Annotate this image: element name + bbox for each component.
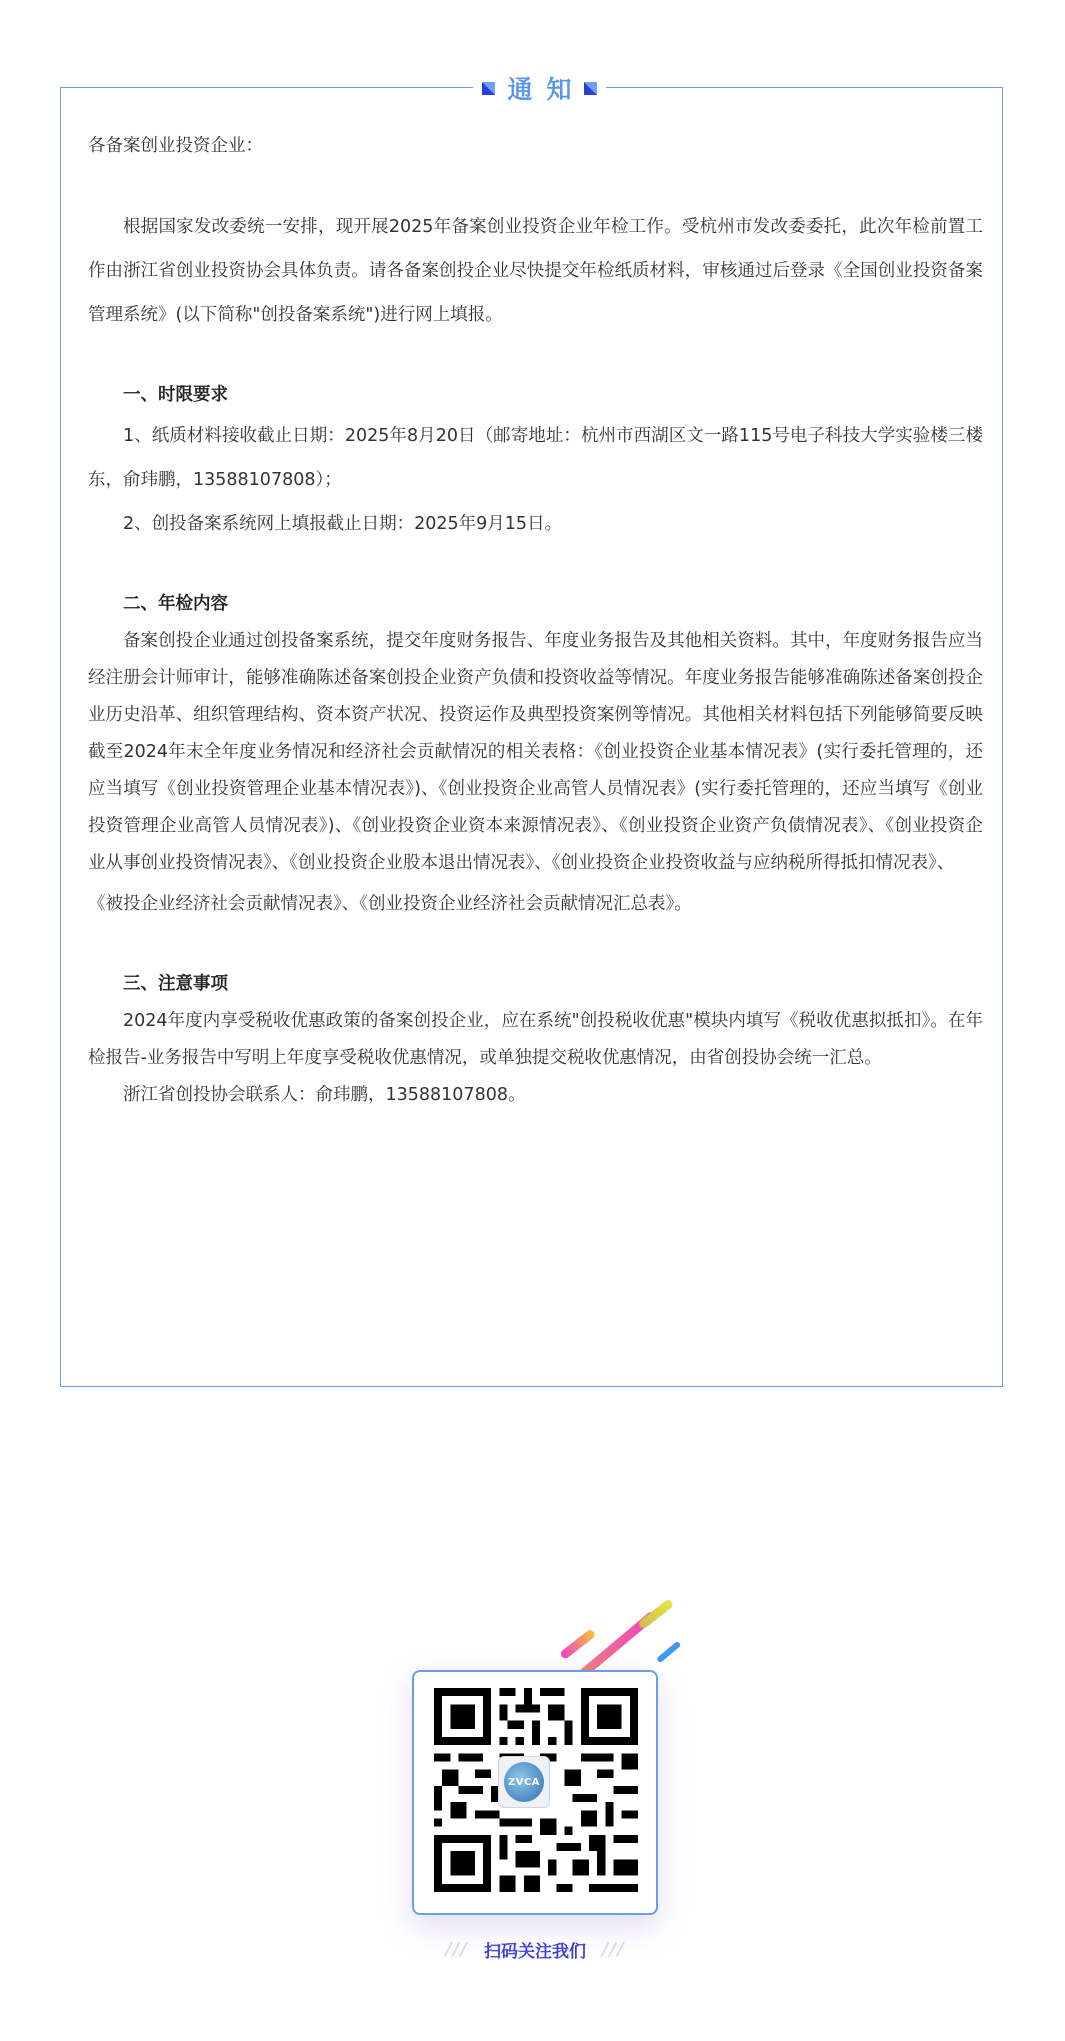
notes-paragraph: 2024年度内享受税收优惠政策的备案创投企业，应在系统"创投税收优惠"模块内填写… <box>88 1003 983 1077</box>
zvca-logo-text: ZVCA <box>504 1762 544 1802</box>
notice-title: 通知 <box>507 70 585 106</box>
zvca-logo: ZVCA <box>498 1756 550 1808</box>
stripe-decor-icon <box>656 1641 681 1664</box>
contact-line: 浙江省创投协会联系人：俞玮鹏，13588107808。 <box>88 1077 983 1114</box>
salutation: 各备案创业投资企业： <box>88 128 983 165</box>
stripe-decor-icon <box>559 1628 596 1660</box>
stripe-decor-icon <box>637 1598 674 1630</box>
content-paragraph-tail: 《被投企业经济社会贡献情况表》、《创业投资企业经济社会贡献情况汇总表》。 <box>88 882 983 926</box>
deadline-item-2: 2、创投备案系统网上填报截止日期：2025年9月15日。 <box>88 502 983 546</box>
section-heading-notes: 三、注意事项 <box>88 966 983 1003</box>
triangle-decor-icon <box>584 82 597 95</box>
notice-body: 各备案创业投资企业： 根据国家发改委统一安排，现开展2025年备案创业投资企业年… <box>88 128 983 1114</box>
notice-title-block: 通知 <box>473 70 606 106</box>
frame-top-line-right <box>606 87 1003 88</box>
content-paragraph: 备案创投企业通过创投备案系统，提交年度财务报告、年度业务报告及其他相关资料。其中… <box>88 623 983 882</box>
scan-caption: /// 扫码关注我们 /// <box>410 1934 660 1964</box>
spacer <box>88 165 983 205</box>
spacer <box>88 337 983 377</box>
decor-stripes <box>540 1570 680 1670</box>
section-heading-deadline: 一、时限要求 <box>88 377 983 414</box>
slashes-decor-icon: /// <box>602 1939 625 1960</box>
section-heading-content: 二、年检内容 <box>88 586 983 623</box>
scan-follow-us-text: 扫码关注我们 <box>484 1937 586 1962</box>
slashes-decor-icon: /// <box>445 1939 468 1960</box>
spacer <box>88 546 983 586</box>
frame-top-line-left <box>60 87 473 88</box>
deadline-item-1: 1、纸质材料接收截止日期：2025年8月20日（邮寄地址：杭州市西湖区文一路11… <box>88 414 983 502</box>
spacer <box>88 926 983 966</box>
triangle-decor-icon <box>482 82 495 95</box>
qr-code-card: ZVCA <box>412 1670 658 1915</box>
intro-paragraph: 根据国家发改委统一安排，现开展2025年备案创业投资企业年检工作。受杭州市发改委… <box>88 205 983 337</box>
